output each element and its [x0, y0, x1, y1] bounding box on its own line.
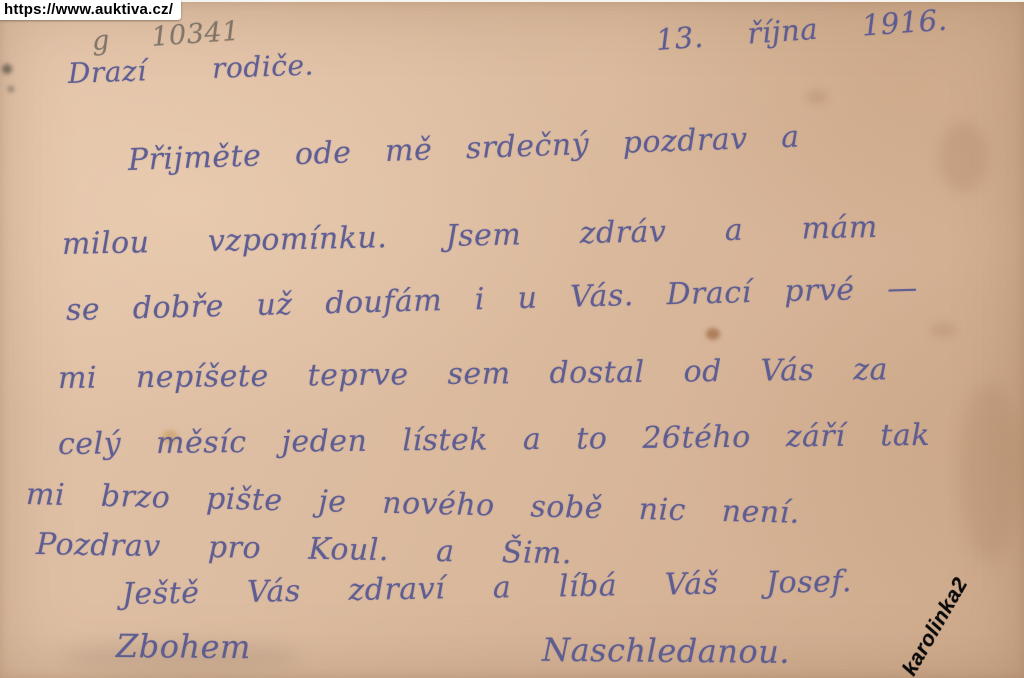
postcard-paper: g 10341 13. října 1916. Drazí rodiče. Př…	[0, 2, 1024, 678]
stain	[2, 64, 12, 74]
auction-site-watermark: https://www.auktiva.cz/	[0, 0, 181, 20]
stain	[938, 122, 988, 192]
handwritten-line: milou vzpomínku. Jsem zdráv a mám	[62, 211, 879, 263]
stain	[806, 90, 828, 104]
postcard-scan: g 10341 13. října 1916. Drazí rodiče. Př…	[0, 0, 1024, 678]
handwritten-line: celý měsíc jeden lístek a to 26tého září…	[58, 419, 930, 463]
stain	[960, 382, 1020, 562]
handwritten-line: Ještě Vás zdraví a líbá Váš Josef.	[122, 565, 852, 612]
handwritten-line: mi brzo pište je nového sobě nic není.	[26, 478, 801, 531]
handwritten-line: Pozdrav pro Koul. a Šim.	[36, 528, 573, 572]
stain	[930, 322, 956, 338]
handwritten-line: Přijměte ode mě srdečný pozdrav a	[127, 121, 800, 179]
salutation-line: Drazí rodiče.	[67, 49, 314, 90]
date-line: 13. října 1916.	[655, 4, 949, 58]
closing-line: Zbohem Naschledanou.	[116, 628, 790, 671]
stain	[8, 86, 14, 92]
stain	[706, 328, 720, 340]
handwritten-line: se dobře už doufám i u Vás. Drací prvé —	[66, 272, 919, 329]
handwritten-line: mi nepíšete teprve sem dostal od Vás za	[58, 353, 888, 396]
